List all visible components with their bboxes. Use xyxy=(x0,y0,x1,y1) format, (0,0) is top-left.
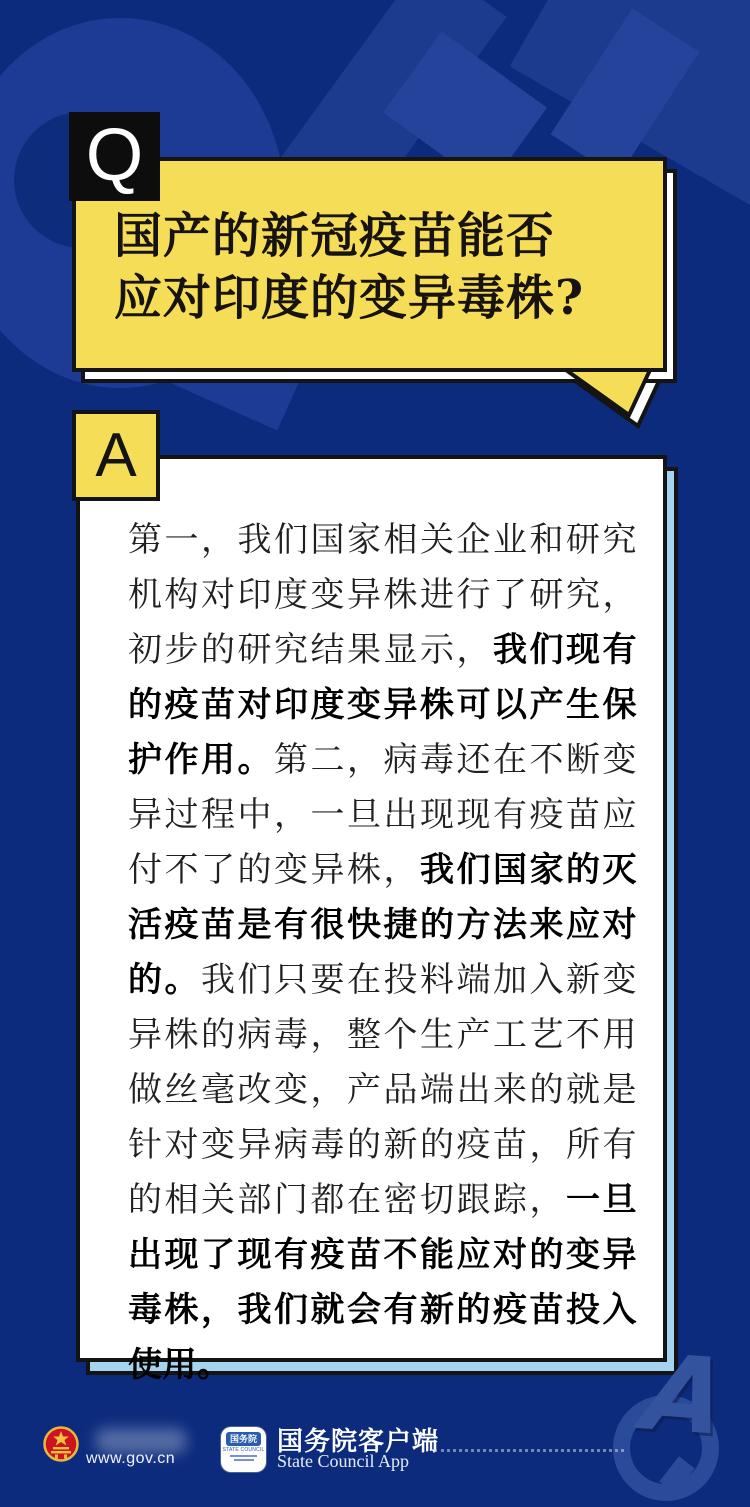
answer-card: 第一，我们国家相关企业和研究机构对印度变异株进行了研究，初步的研究结果显示，我们… xyxy=(76,455,667,1362)
infographic-canvas: 国产的新冠疫苗能否 应对印度的变异毒株? Q 第一，我们国家相关企业和研究机构对… xyxy=(0,0,750,1507)
app-icon-subtitle: STATE COUNCIL xyxy=(223,1447,265,1453)
app-icon-title-pill: 国务院 xyxy=(226,1432,261,1446)
gov-url-text: www.gov.cn xyxy=(86,1450,175,1468)
answer-badge: A xyxy=(72,410,160,501)
answer-segment: 我们只要在投料端加入新变异株的病毒，整个生产工艺不用做丝毫改变，产品端出来的就是… xyxy=(128,961,637,1219)
question-line-2: 应对印度的变异毒株? xyxy=(114,267,663,329)
national-emblem-icon xyxy=(42,1419,80,1469)
a-letter: A xyxy=(95,425,136,487)
app-icon-decor-line xyxy=(234,1459,254,1461)
dotted-divider xyxy=(434,1449,624,1452)
answer-text: 第一，我们国家相关企业和研究机构对印度变异株进行了研究，初步的研究结果显示，我们… xyxy=(128,513,637,1393)
state-council-app-icon: 国务院 STATE COUNCIL xyxy=(221,1427,266,1472)
app-icon-title: 国务院 xyxy=(230,1435,257,1444)
app-name-english: State Council App xyxy=(277,1451,409,1472)
question-badge: Q xyxy=(69,112,160,201)
app-icon-decor-line xyxy=(230,1455,257,1457)
q-letter: Q xyxy=(86,118,144,192)
question-line-1: 国产的新冠疫苗能否 xyxy=(114,205,663,267)
question-bubble: 国产的新冠疫苗能否 应对印度的变异毒株? xyxy=(72,157,667,372)
